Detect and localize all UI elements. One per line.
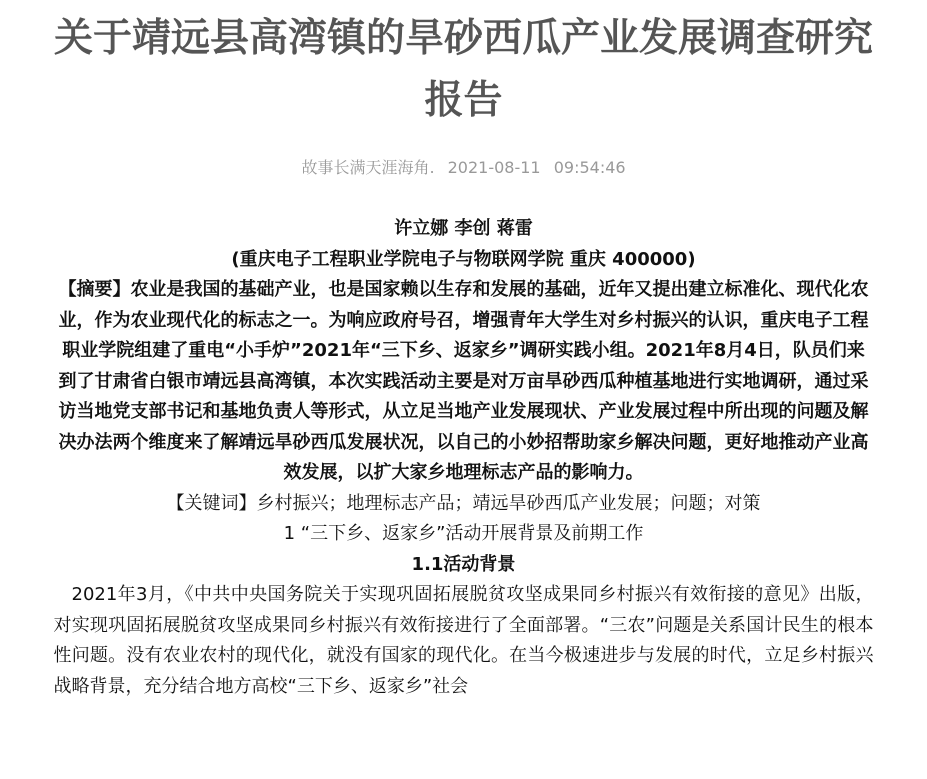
section-heading: 1 “三下乡、返家乡”活动开展背景及前期工作 — [54, 519, 874, 550]
article-title: 关于靖远县高湾镇的旱砂西瓜产业发展调查研究报告 — [54, 8, 874, 132]
subsection-heading: 1.1活动背景 — [54, 550, 874, 581]
article-content: 许立娜 李创 蒋雷 (重庆电子工程职业学院电子与物联网学院 重庆 400000)… — [54, 214, 874, 702]
article: 关于靖远县高湾镇的旱砂西瓜产业发展调查研究报告 故事长满天涯海角. 2021-0… — [54, 0, 874, 702]
keywords-line: 【关键词】乡村振兴；地理标志产品；靖远旱砂西瓜产业发展；问题；对策 — [54, 489, 874, 520]
article-meta: 故事长满天涯海角. 2021-08-11 09:54:46 — [54, 157, 874, 179]
author-name[interactable]: 故事长满天涯海角. — [301, 158, 434, 177]
body-paragraph: 2021年3月，《中共中央国务院关于实现巩固拓展脱贫攻坚成果同乡村振兴有效衔接的… — [54, 580, 874, 702]
publish-time: 09:54:46 — [554, 158, 626, 177]
abstract-paragraph: 【摘要】农业是我国的基础产业，也是国家赖以生存和发展的基础，近年又提出建立标准化… — [54, 275, 874, 489]
affiliation-line: (重庆电子工程职业学院电子与物联网学院 重庆 400000) — [54, 245, 874, 276]
publish-date: 2021-08-11 — [448, 158, 541, 177]
authors-line: 许立娜 李创 蒋雷 — [54, 214, 874, 245]
